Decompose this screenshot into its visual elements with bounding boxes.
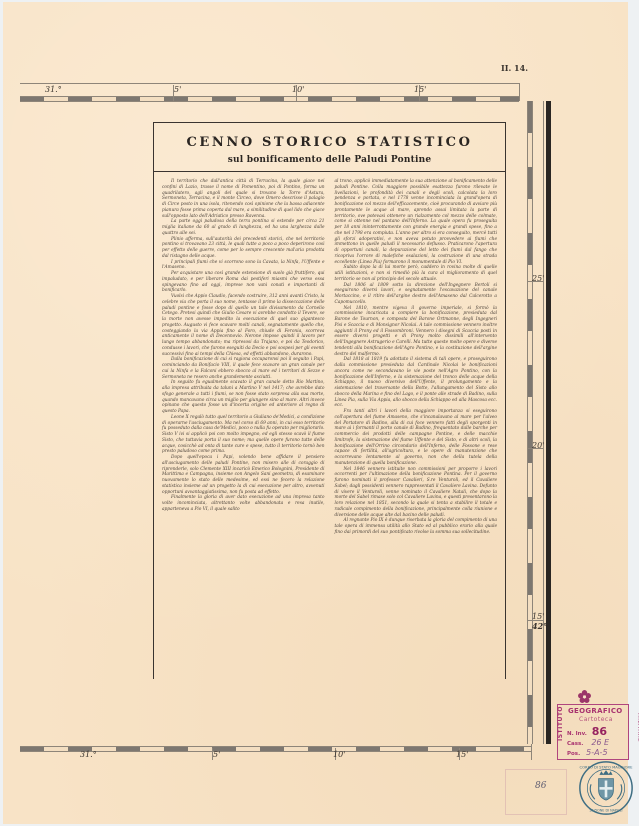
bottom-label-15: 15' bbox=[456, 750, 468, 759]
svg-text:SEZIONE DI NAPOLI: SEZIONE DI NAPOLI bbox=[590, 808, 623, 812]
paragraph: I principali fiumi che vi scorrono sono … bbox=[162, 260, 325, 272]
svg-text:CORPO DI STATO MAGGIORE: CORPO DI STATO MAGGIORE bbox=[580, 765, 634, 769]
paragraph: Plinio afferma, sull'autorità dei preced… bbox=[162, 237, 325, 260]
faded-stamp-imprint bbox=[505, 769, 567, 815]
stato-maggiore-seal-icon: CORPO DI STATO MAGGIORE SEZIONE DI NAPOL… bbox=[578, 760, 634, 816]
top-label-10: 10' bbox=[292, 85, 304, 94]
paragraph: Dalla bonificazione di cui si ragiona oc… bbox=[162, 357, 325, 380]
stamp-row-posizione: Pos. 5-A-5 bbox=[567, 748, 608, 757]
bottom-label-5: 5' bbox=[213, 750, 220, 759]
bottom-label-31: 31.° bbox=[80, 750, 97, 759]
document-subtitle: sul bonificamento delle Paludi Pontine bbox=[154, 155, 505, 165]
flower-stamp-icon bbox=[577, 689, 592, 704]
sheet-number: II. 14. bbox=[501, 63, 528, 73]
paragraph: Finalmente la gloria di aver dato esecuz… bbox=[162, 495, 325, 512]
top-label-5: 5' bbox=[174, 85, 181, 94]
paragraph: Nel 1846 vennero istituite non commissio… bbox=[335, 467, 498, 519]
paragraph: Vuolsi che Appio Claudio, facendo costru… bbox=[162, 294, 325, 357]
stamp-row-inventory: N. Inv. 86 bbox=[567, 725, 607, 738]
document-title: CENNO STORICO STATISTICO bbox=[154, 135, 505, 150]
paragraph: al trono, applicò immediatamente la sua … bbox=[335, 179, 498, 265]
right-label-25: 25' bbox=[532, 274, 544, 283]
paragraph: Dal 1806 al 1809 sotto la direzione dell… bbox=[335, 283, 498, 306]
paragraph: Per acquistare una così grande estension… bbox=[162, 271, 325, 294]
paragraph: Dal 1818 al 1819 fu adottato il sistema … bbox=[335, 357, 498, 409]
paragraph: Il territorio che dall'antica città di T… bbox=[162, 179, 325, 219]
paragraph: In seguito fu egualmente scavato il gran… bbox=[162, 380, 325, 415]
stamp-subheader: Cartoteca bbox=[579, 716, 613, 723]
text-column-right: al trono, applicò immediatamente la sua … bbox=[335, 179, 498, 536]
istituto-geografico-stamp: GEOGRAFICO Cartoteca ISTITUTO MILITARE N… bbox=[557, 704, 629, 760]
stamp-row-cassetto: Cass. 26 E bbox=[567, 738, 609, 747]
top-label-31: 31.° bbox=[45, 85, 62, 94]
paragraph: Subito dopo la di lui morte però, cadder… bbox=[335, 265, 498, 282]
stamp-left-text: ISTITUTO bbox=[557, 706, 564, 741]
bottom-label-10: 10' bbox=[333, 750, 345, 759]
paragraph: Al regnante Pio IX è dunque riserbata la… bbox=[335, 518, 498, 535]
text-column-left: Il territorio che dall'antica città di T… bbox=[162, 179, 325, 536]
top-label-15: 15' bbox=[414, 85, 426, 94]
pencil-inventory-note: 86 bbox=[535, 781, 546, 791]
paragraph: Leone X regalò tutto quel territorio a G… bbox=[162, 415, 325, 455]
title-block: CENNO STORICO STATISTICO sul bonificamen… bbox=[154, 123, 505, 172]
historical-text-box: CENNO STORICO STATISTICO sul bonificamen… bbox=[153, 122, 506, 679]
right-label-20: 20' bbox=[532, 441, 544, 450]
right-label-15: 15' bbox=[532, 612, 544, 621]
right-label-42: 42° bbox=[532, 621, 547, 631]
paragraph: Fra tanti altri i lavori della maggiore … bbox=[335, 409, 498, 467]
paragraph: Nel 1810, mentre vigeva il governo imper… bbox=[335, 306, 498, 358]
paragraph: La parte oggi paludosa della terra ponti… bbox=[162, 219, 325, 236]
paragraph: Dopo quell'epoca i Papi, volendo bene af… bbox=[162, 455, 325, 495]
text-columns: Il territorio che dall'antica città di T… bbox=[162, 179, 497, 536]
stamp-header: GEOGRAFICO bbox=[568, 707, 623, 715]
